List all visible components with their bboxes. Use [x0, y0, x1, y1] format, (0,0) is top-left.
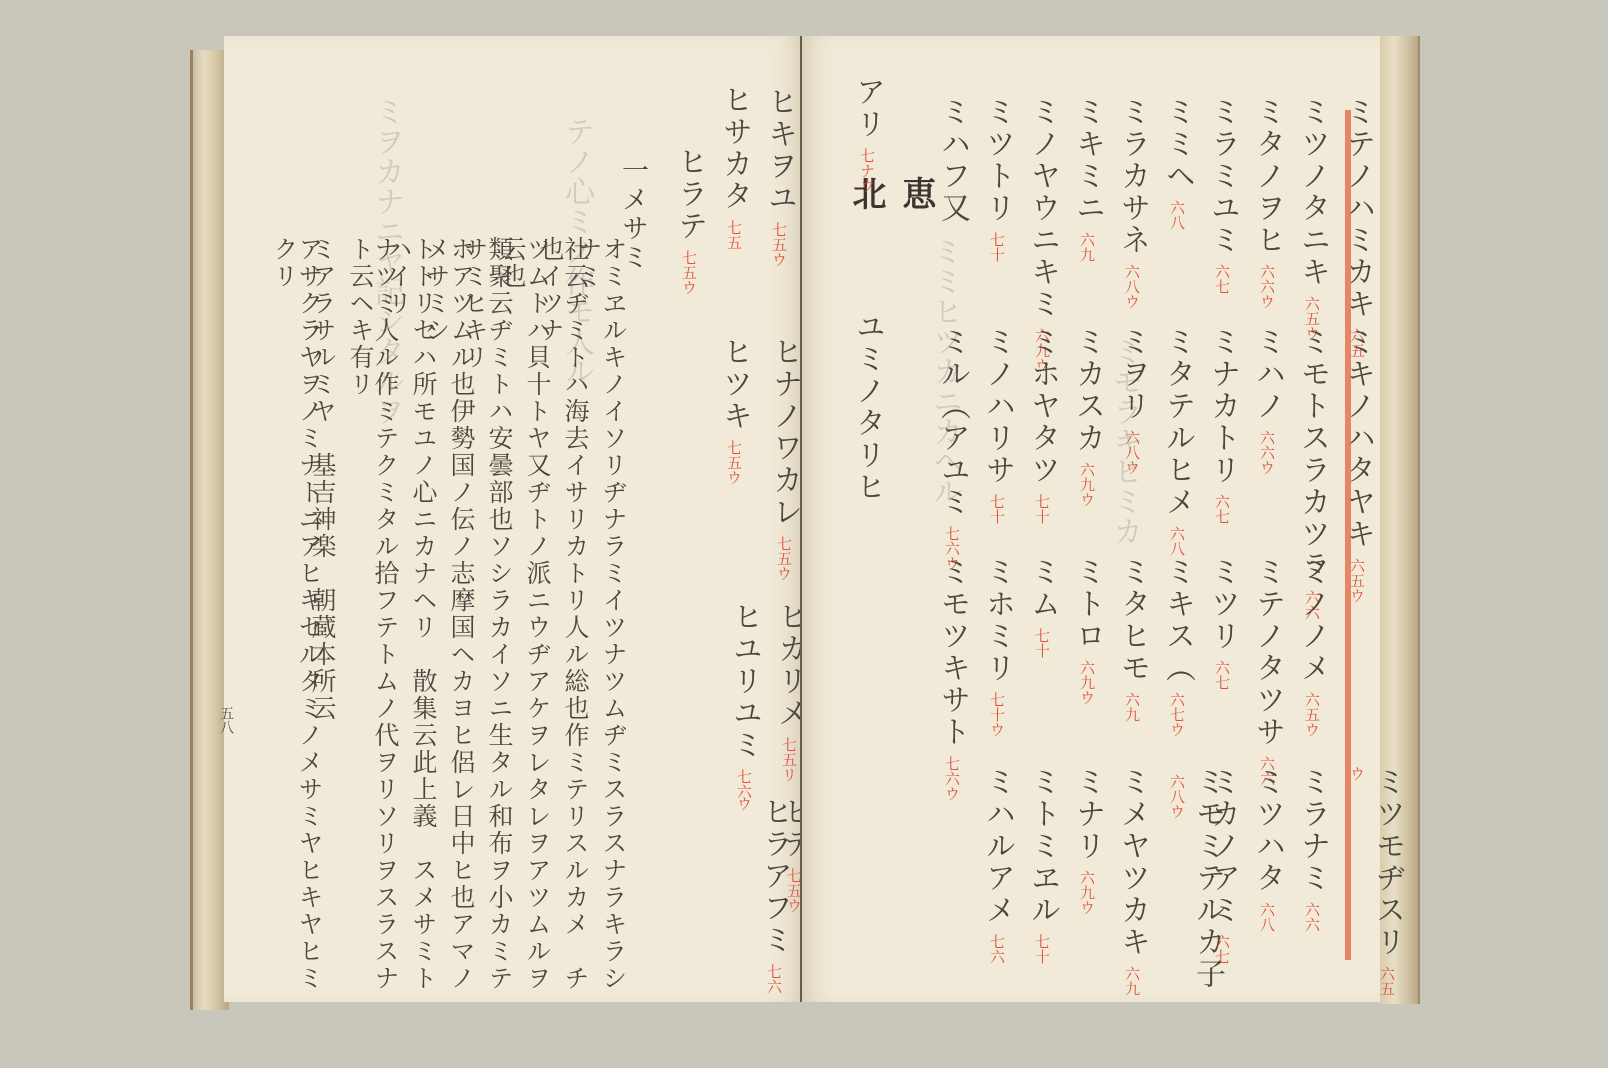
right-column: ミツハタ六八 [1252, 766, 1282, 932]
page-number: 五八 [216, 706, 236, 734]
right-column: ミモツキサト七六ウ [937, 556, 967, 801]
right-column: ミナリ六九ウ [1072, 766, 1102, 915]
left-column-4: ヒナノワカレ七五ウ [769, 336, 799, 581]
left-column-9: ヒラアフミ七六ウ [729, 796, 789, 1002]
left-page: ミヲカナニヤ記シタルヲ テノ心ミノ作モ人ル ヒキヲユ七五ウ ヒサカタ七五 ヒラテ… [224, 36, 802, 1002]
right-column: ミラミユミ六七 [1207, 96, 1237, 294]
left-column-3: ヒラテ七五ウ [674, 146, 704, 295]
right-column: ミハルアメ七六 [982, 766, 1012, 964]
left-column-2: ヒサカタ七五 [719, 84, 749, 250]
left-column-1: ヒキヲユ七五ウ [764, 86, 794, 267]
left-body-column: ナツミ人ル作ミテクミタル拾フテトムノ代ヲリソリヲスラスナト云ヘキ有リ [348, 236, 398, 1002]
right-column: ミタテルヒメ六八 [1162, 326, 1192, 556]
right-column-ari: アリ七ナウ [852, 76, 882, 193]
right-column: ミホミリ七十ウ [982, 556, 1012, 737]
right-page: ミミヒツカニカヘル ミモラキヒミカ 北 恵 アリ七ナウ ユミノタリヒ ミハフ又 … [802, 36, 1380, 1002]
heading-megumi: 恵 [892, 176, 941, 210]
right-column: ミミヘ六八 [1162, 96, 1192, 230]
right-column: ミム七十 [1027, 556, 1057, 658]
right-column: ミナカトリ六七 [1207, 326, 1237, 524]
right-column: ミツリ六七 [1207, 556, 1237, 690]
right-column: ミテノタツサ六六 [1252, 556, 1282, 786]
right-column: ミル（アユミ七六ウ [937, 326, 967, 571]
right-column: ミノノメ六五ウ [1297, 556, 1327, 737]
right-column: ミハフ又 [937, 96, 967, 224]
left-column-7: ヒユリユミ七六 [729, 601, 759, 799]
left-column-5: ヒツキ七五ウ [719, 336, 749, 485]
right-column: ミキミニ六九 [1072, 96, 1102, 262]
right-column: ミトロ六九ウ [1072, 556, 1102, 705]
right-column: ミラカサネ六八ウ [1117, 96, 1147, 309]
right-column: ミヲリ六八ウ [1117, 326, 1147, 475]
right-column: ミメヤツカキ六九 [1117, 766, 1147, 996]
right-column: ミツモヂスリ六五ウ [1342, 766, 1402, 1002]
red-page-edge [1345, 110, 1351, 960]
open-book: ミヲカナニヤ記シタルヲ テノ心ミノ作モ人ル ヒキヲユ七五ウ ヒサカタ七五 ヒラテ… [190, 36, 1420, 1026]
right-column: ミハノ六六ウ [1252, 326, 1282, 475]
right-column: ミカノアミ六七 [1207, 766, 1237, 964]
right-column: ミタヒモ六九 [1117, 556, 1147, 722]
right-column: ミノハリサ七十 [982, 326, 1012, 524]
right-column: ミトミヱル七十 [1027, 766, 1057, 964]
left-body-column: アサクラヤヲノミナトニアヒキセルタミノメサミヤヒキヤヒミクリ [272, 236, 322, 1002]
right-column: ミキス（六七ウ [1162, 556, 1192, 737]
right-column: ミカスカ六九ウ [1072, 326, 1102, 507]
right-column: ミホヤタツ七十 [1027, 326, 1057, 524]
right-column: ミタノヲヒ六六ウ [1252, 96, 1282, 309]
right-column: ミツノタニキ六五ウ [1297, 96, 1327, 341]
right-column: ミツトリ七十 [982, 96, 1012, 262]
right-column: ユミノタリヒ [852, 311, 882, 503]
right-column: ミラナミ六六 [1297, 766, 1327, 932]
